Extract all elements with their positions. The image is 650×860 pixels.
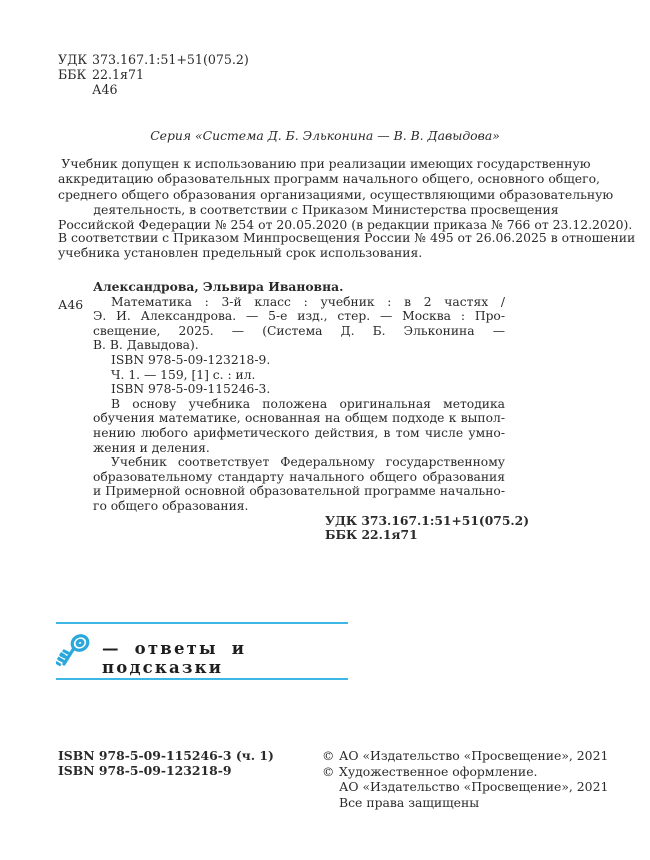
legend-rule-bottom <box>56 678 348 680</box>
notice-line: учебника установлен предельный срок испо… <box>58 245 603 260</box>
copyright-row: © АО «Издательство «Просвещение», 2021 <box>322 748 608 764</box>
card-description-line: В. В. Давыдова). <box>93 338 505 353</box>
card-abstract-line: и Примерной основной образовательной про… <box>93 484 505 499</box>
card-isbn-set: ISBN 978-5-09-123218-9. <box>93 353 505 368</box>
copyright-publisher: АО «Издательство «Просвещение», 2021 <box>339 748 608 764</box>
card-abstract-line: обучения математике, основанная на общем… <box>93 411 505 426</box>
isbn-footer: ISBN 978-5-09-115246-3 (ч. 1) ISBN 978-5… <box>58 748 274 778</box>
card-abstract-line: нению любого арифметического действия, в… <box>93 426 505 441</box>
approval-line: деятельность, в соответствии с Приказом … <box>58 202 594 217</box>
approval-statement: Учебник допущен к использованию при реал… <box>58 156 594 232</box>
bbk-label: ББК <box>58 67 92 82</box>
card-author: Александрова, Эльвира Ивановна. <box>93 280 505 295</box>
card-description-line: Э. И. Александрова. — 5-е изд., стер. — … <box>93 309 505 324</box>
copyright-row: Все права защищены <box>322 795 608 811</box>
legend-text: — ответы и подсказки <box>102 639 348 677</box>
bbk-row: ББК 22.1я71 <box>58 67 249 82</box>
approval-line: Учебник допущен к использованию при реал… <box>58 156 594 171</box>
card-description-line: Математика : 3-й класс : учебник : в 2 ч… <box>93 295 505 310</box>
rights-reserved: Все права защищены <box>339 795 479 811</box>
copyright-row: © Художественное оформление. <box>322 764 608 780</box>
approval-line: аккредитацию образовательных программ на… <box>58 171 594 186</box>
author-code-row: А46 <box>58 82 249 97</box>
card-description-line: свещение, 2025. — (Система Д. Б. Элькони… <box>93 324 505 339</box>
copyright-block: © АО «Издательство «Просвещение», 2021 ©… <box>322 748 608 810</box>
card-bbk: ББК 22.1я71 <box>93 528 505 543</box>
notice-line: В соответствии с Приказом Минпросвещения… <box>58 230 603 245</box>
udk-label: УДК <box>58 52 92 67</box>
card-abstract-line: жения и деления. <box>93 441 505 456</box>
card-part-info: Ч. 1. — 159, [1] с. : ил. <box>93 368 505 383</box>
classification-codes: УДК 373.167.1:51+51(075.2) ББК 22.1я71 А… <box>58 52 249 97</box>
bbk-value: 22.1я71 <box>92 67 144 82</box>
approval-line: среднего общего образования организациям… <box>58 187 594 202</box>
answers-hints-legend: — ответы и подсказки <box>56 622 348 680</box>
card-abstract-line: Учебник соответствует Федеральному госуд… <box>93 455 505 470</box>
card-abstract-line: го общего образования. <box>93 499 505 514</box>
card-udk: УДК 373.167.1:51+51(075.2) <box>93 514 505 529</box>
udk-value: 373.167.1:51+51(075.2) <box>92 52 249 67</box>
card-author-code: А46 <box>58 297 83 312</box>
card-body: Александрова, Эльвира Ивановна. Математи… <box>93 280 505 543</box>
card-isbn-part: ISBN 978-5-09-115246-3. <box>93 382 505 397</box>
key-icon <box>56 632 92 670</box>
card-abstract-line: образовательному стандарту начального об… <box>93 470 505 485</box>
author-code: А46 <box>92 82 118 97</box>
copyright-art-design: Художественное оформление. <box>339 764 537 780</box>
isbn-set: ISBN 978-5-09-123218-9 <box>58 763 274 778</box>
udk-row: УДК 373.167.1:51+51(075.2) <box>58 52 249 67</box>
series-title: Серия «Система Д. Б. Эльконина — В. В. Д… <box>0 128 650 143</box>
legend-rule-top <box>56 622 348 624</box>
copyright-art-publisher: АО «Издательство «Просвещение», 2021 <box>339 779 608 795</box>
isbn-part1: ISBN 978-5-09-115246-3 (ч. 1) <box>58 748 274 763</box>
ministry-notice: В соответствии с Приказом Минпросвещения… <box>58 230 603 261</box>
copyright-row: АО «Издательство «Просвещение», 2021 <box>322 779 608 795</box>
copyright-symbol: © <box>322 748 339 764</box>
card-abstract-line: В основу учебника положена оригинальная … <box>93 397 505 412</box>
copyright-symbol: © <box>322 764 339 780</box>
